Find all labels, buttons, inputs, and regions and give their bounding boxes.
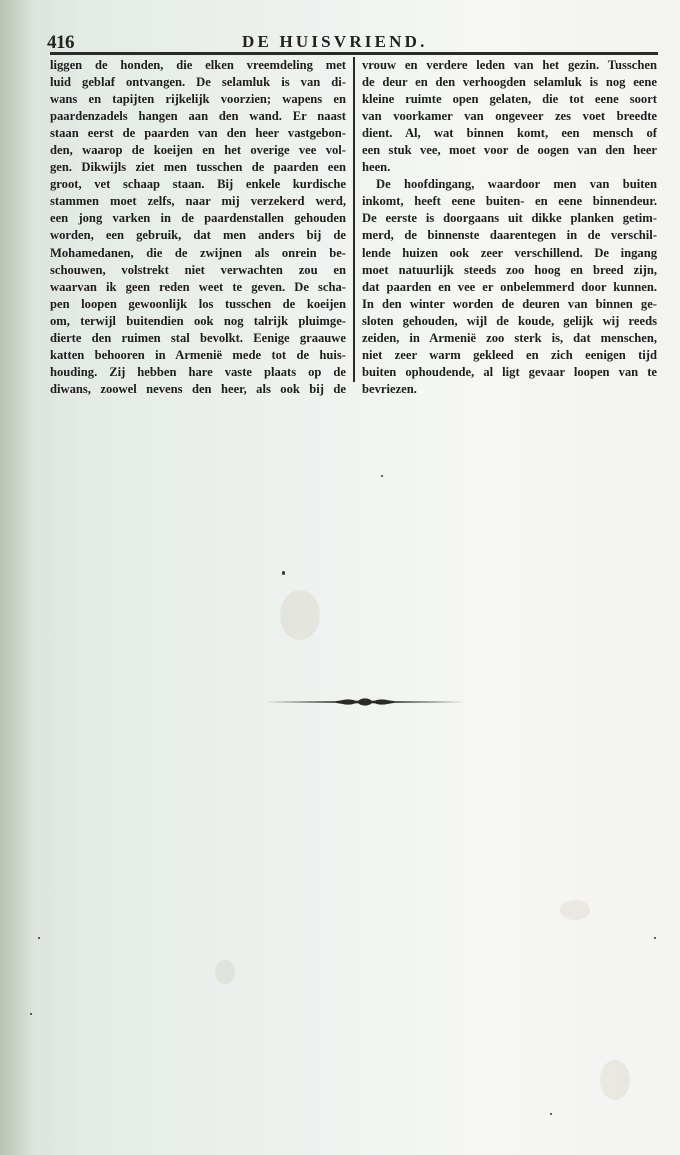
text-line: buiten ophoudende, al ligt gevaar loopen…: [362, 364, 657, 381]
text-line: zeiden, in Armenië zoo sterk is, dat men…: [362, 330, 657, 347]
text-line: luid geblaf ontvangen. De selamluk is va…: [50, 74, 346, 91]
text-line: stammen moet zelfs, naar mij verzekerd w…: [50, 193, 346, 210]
text-line: houding. Zij hebben hare vaste plaats op…: [50, 364, 346, 381]
text-line: sloten gehouden, wijl de koude, gelijk w…: [362, 313, 657, 330]
paper-speck: [654, 937, 656, 939]
text-line: staan eerst de paarden van den heer vast…: [50, 125, 346, 142]
text-column-left: liggen de honden, die elken vreemdeling …: [50, 57, 346, 398]
page-header: 416 DE HUISVRIEND.: [44, 28, 658, 52]
paper-speck: [38, 937, 40, 939]
text-line: dat paarden en vee er onbelemmerd door k…: [362, 279, 657, 296]
text-column-right: vrouw en verdere leden van het gezin. Tu…: [362, 57, 657, 398]
book-page: 416 DE HUISVRIEND. liggen de honden, die…: [0, 0, 680, 1155]
paper-speck: [381, 475, 383, 477]
paper-speck: [282, 571, 285, 575]
text-line: schouwen, volstrekt niet verwachten zou …: [50, 262, 346, 279]
page-number: 416: [47, 32, 74, 54]
text-line: De hoofdingang, waardoor men van buiten: [362, 176, 657, 193]
paper-speck: [30, 1013, 32, 1015]
page-gutter-shadow: [0, 0, 34, 1155]
text-line: niet zeer warm gekleed en zich eenigen t…: [362, 347, 657, 364]
text-line: vrouw en verdere leden van het gezin. Tu…: [362, 57, 657, 74]
text-line: dient. Al, wat binnen komt, een mensch o…: [362, 125, 657, 142]
text-line: kleine ruimte open gelaten, die tot eene…: [362, 91, 657, 108]
text-line: liggen de honden, die elken vreemdeling …: [50, 57, 346, 74]
header-rule: [50, 52, 658, 55]
text-line: groot, vet schaap staan. Bij enkele kurd…: [50, 176, 346, 193]
text-line: de deur en den verhoogden selamluk is no…: [362, 74, 657, 91]
text-line: katten behooren in Armenië mede tot de h…: [50, 347, 346, 364]
text-line: den, waarop de koeijen en het overige ve…: [50, 142, 346, 159]
paper-stain: [215, 960, 235, 984]
text-line: bevriezen.: [362, 381, 657, 398]
running-title: DE HUISVRIEND.: [242, 32, 428, 52]
text-line: paardenzadels hangen aan den wand. Er na…: [50, 108, 346, 125]
text-line: worden, een gebruik, dat men anders bij …: [50, 227, 346, 244]
text-line: merd, de binnenste daarentegen in de ver…: [362, 227, 657, 244]
text-line: een stuk vee, moet voor de oogen van den…: [362, 142, 657, 159]
text-line: De eerste is doorgaans uit dikke planken…: [362, 210, 657, 227]
text-line: pen loopen gewoonlijk los tusschen de ko…: [50, 296, 346, 313]
text-line: gen. Dikwijls ziet men tusschen de paard…: [50, 159, 346, 176]
text-line: waarvan ik geen reden weet te geven. De …: [50, 279, 346, 296]
text-line: lende huizen ook zeer verschillend. De i…: [362, 245, 657, 262]
text-line: om, terwijl buitendien ook nog talrijk p…: [50, 313, 346, 330]
text-line: van voorkamer van ongeveer zes voet bree…: [362, 108, 657, 125]
text-line: heen.: [362, 159, 657, 176]
text-line: In den winter worden de deuren van binne…: [362, 296, 657, 313]
paper-stain: [280, 590, 320, 640]
text-line: diwans, zoowel nevens den heer, als ook …: [50, 381, 346, 398]
section-end-flourish-icon: [265, 695, 465, 709]
text-line: een jong varken in de paardenstallen geh…: [50, 210, 346, 227]
text-line: dierte den ruimen stal bevolkt. Eenige g…: [50, 330, 346, 347]
paper-stain: [600, 1060, 630, 1100]
text-line: moet natuurlijk steeds zoo hoog en breed…: [362, 262, 657, 279]
text-line: wans en tapijten rijkelijk voorzien; wap…: [50, 91, 346, 108]
text-line: Mohamedanen, die de zwijnen als onrein b…: [50, 245, 346, 262]
paper-stain: [560, 900, 590, 920]
column-divider: [353, 57, 355, 382]
text-line: inkomt, heeft eene buiten- en eene binne…: [362, 193, 657, 210]
paper-speck: [550, 1113, 552, 1115]
